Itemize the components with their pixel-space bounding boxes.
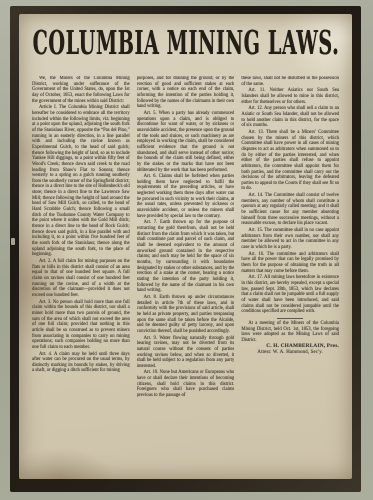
paragraph: purposes, and for draining the ground; o… xyxy=(137,76,235,110)
paragraph: Art. 3. No person shall hold more than o… xyxy=(32,300,130,351)
paragraph: Art. 10. None but Americans or Europeans… xyxy=(137,370,235,398)
paragraph: Art. 12. Any person who shall sell a cla… xyxy=(241,106,339,129)
document-title: COLUMBIA MINING LAWS. xyxy=(32,26,339,60)
paragraph: Art. 5. When a party has already commenc… xyxy=(137,111,235,173)
paragraph: Art. 9. Water flowing naturally through … xyxy=(137,336,235,370)
paragraph: Art. 17. All mining laws heretofore in e… xyxy=(241,275,339,315)
text-column-1: We, the Miners of the Columbia Mining Di… xyxy=(32,76,130,474)
paragraph: Art. 11. Neither Asiatics nor South Sea … xyxy=(241,88,339,105)
photo-dark-backing: COLUMBIA MINING LAWS. We, the Miners of … xyxy=(10,6,361,492)
adoption-statement: At a meeting of the Miners of the Columb… xyxy=(241,321,339,344)
paragraph: Art. 14. The Committee shall consist of … xyxy=(241,193,339,227)
border-chip-mark xyxy=(11,238,15,245)
paragraph: We, the Miners of the Columbia Mining Di… xyxy=(32,76,130,104)
president-signature: C. H. CHAMBERLAIN, Pres. xyxy=(241,344,339,350)
broadside-paper: COLUMBIA MINING LAWS. We, the Miners of … xyxy=(19,14,352,479)
secretary-signature: Attest: W. A. Hammond, Sec'y. xyxy=(241,350,339,356)
closing-divider xyxy=(277,318,303,319)
paragraph: Art. 2. A full claim for mining purposes… xyxy=(32,259,130,299)
paragraph: Art. 8. Earth thrown up under circumstan… xyxy=(137,295,235,335)
paragraph: Art. 15. The committee shall in no case … xyxy=(241,228,339,251)
paragraph: Article I. The Columbia Mining District … xyxy=(32,105,130,258)
paragraph: Art. 7. Earth thrown up for the purpose … xyxy=(137,220,235,294)
paragraph: Art. 6. Claims shall be forfeited when p… xyxy=(137,174,235,219)
paragraph: Art. 16. The committee and arbitrators s… xyxy=(241,252,339,275)
paragraph: these laws, shall not be disturbed in th… xyxy=(241,76,339,87)
text-columns: We, the Miners of the Columbia Mining Di… xyxy=(32,76,339,474)
text-column-2: purposes, and for draining the ground; o… xyxy=(137,76,235,474)
text-column-3-articles: these laws, shall not be disturbed in th… xyxy=(241,76,339,315)
paragraph: Art. 13. There shall be a Miners' Commit… xyxy=(241,130,339,192)
text-column-3: these laws, shall not be disturbed in th… xyxy=(241,76,339,474)
masthead: COLUMBIA MINING LAWS. xyxy=(19,14,352,72)
paragraph: Art. 4. A claim may be held until three … xyxy=(32,352,130,375)
